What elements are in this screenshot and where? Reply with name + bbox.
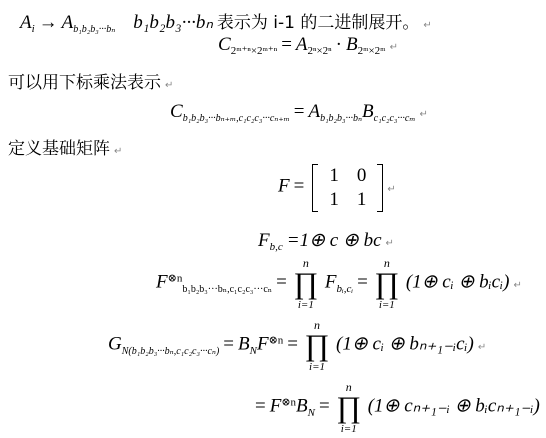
paragraph-text: 定义基础矩阵 xyxy=(8,139,110,159)
equation-F-tensor-B-N: = F⊗nBN = n∏i=1 (1⊕ cₙ₊₁₋ᵢ ⊕ bᵢcₙ₊₁₋ᵢ) xyxy=(255,380,540,436)
matrix-cell: 1 xyxy=(348,188,376,212)
paragraph-mark: ↵ xyxy=(165,80,173,91)
symbol-F: F xyxy=(325,272,337,293)
equals: = xyxy=(319,396,330,417)
subscript: b₁b₂b₃···bₙ,c₁c₂c₃···cₙ xyxy=(182,284,272,295)
equals: = xyxy=(287,334,298,355)
text-subscript-multiplication: 可以用下标乘法表示↵ xyxy=(8,68,173,93)
matrix-cell: 1 xyxy=(320,164,348,188)
xor-expression: =1⊕ c ⊕ bc xyxy=(287,230,382,251)
paragraph-mark: ↵ xyxy=(423,20,431,31)
subscript: b₁b₂b₃···bₙ₊ₘ,c₁c₂c₃···cₙ₊ₘ xyxy=(183,113,290,124)
description-text: 表示为 i-1 的二进制展开。 xyxy=(217,13,419,33)
product-operator: n∏i=1 xyxy=(334,380,364,436)
paragraph-text: 可以用下标乘法表示 xyxy=(8,73,161,93)
product-symbol: ∏ xyxy=(302,332,332,360)
equals: = xyxy=(294,176,305,197)
symbol-A: A xyxy=(20,12,32,33)
paragraph-mark: ↵ xyxy=(419,109,427,120)
symbol-C: C xyxy=(218,34,231,55)
product-symbol: ∏ xyxy=(291,270,321,298)
subscript: N xyxy=(250,345,257,357)
arrow: → xyxy=(39,12,58,33)
subscript: b₁b₂b₃···bₙ xyxy=(73,24,115,35)
paragraph-mark: ↵ xyxy=(387,184,395,195)
symbol-F: F xyxy=(258,230,270,251)
matrix-cell: 1 xyxy=(320,188,348,212)
product-operator: n∏i=1 xyxy=(302,318,332,374)
product-symbol: ∏ xyxy=(334,394,364,422)
paragraph-mark: ↵ xyxy=(478,342,486,353)
paragraph-mark: ↵ xyxy=(513,280,521,291)
lower-limit: i=1 xyxy=(291,298,321,312)
lower-limit: i=1 xyxy=(302,360,332,374)
product-operator: n∏i=1 xyxy=(372,256,402,312)
equals: = xyxy=(223,334,234,355)
subscript: N(b₁b₂b₃···bₙ,c₁c₂c₃···cₙ) xyxy=(122,346,220,357)
xor-expression: (1⊕ cᵢ ⊕ bₙ₊₁₋ᵢcᵢ) xyxy=(336,334,474,355)
equation-matrix-F: F = 10 11 ↵ xyxy=(278,164,396,212)
symbol-B: B xyxy=(296,396,308,417)
subscript: N xyxy=(308,407,315,419)
symbol-F: F xyxy=(257,334,269,355)
symbol-B: B xyxy=(346,34,358,55)
subscript: b₁b₂b₃···bₙ xyxy=(320,113,362,124)
matrix-2x2: 10 11 xyxy=(312,164,383,212)
symbol-B: B xyxy=(362,101,374,122)
subscript: b,c xyxy=(270,241,283,253)
xor-expression: (1⊕ cₙ₊₁₋ᵢ ⊕ bᵢcₙ₊₁₋ᵢ) xyxy=(368,396,540,417)
equation-matrix-product: C2ᵐ⁺ⁿ×2ᵐ⁺ⁿ = A2ⁿ×2ⁿ · B2ᵐ×2ᵐ↵ xyxy=(218,34,398,56)
paragraph-mark: ↵ xyxy=(386,238,394,249)
symbol-C: C xyxy=(170,101,183,122)
lower-limit: i=1 xyxy=(372,298,402,312)
dot-operator: · xyxy=(336,34,342,55)
bit-sequence: b₁b₂b₃···bₙ xyxy=(133,12,213,33)
subscript: i xyxy=(32,23,35,35)
equation-subscript-product: Cb₁b₂b₃···bₙ₊ₘ,c₁c₂c₃···cₙ₊ₘ = Ab₁b₂b₃··… xyxy=(170,101,428,123)
superscript: ⊗n xyxy=(269,334,284,346)
symbol-F: F xyxy=(156,272,168,293)
matrix-cell: 0 xyxy=(348,164,376,188)
paragraph-mark: ↵ xyxy=(390,42,398,53)
symbol-A: A xyxy=(62,12,74,33)
lower-limit: i=1 xyxy=(334,422,364,436)
symbol-A: A xyxy=(308,101,320,122)
symbol-G: G xyxy=(108,334,122,355)
equals: = xyxy=(357,272,368,293)
equals: = xyxy=(294,101,305,122)
symbol-F: F xyxy=(270,396,282,417)
paragraph-mark: ↵ xyxy=(114,146,122,157)
xor-expression: (1⊕ cᵢ ⊕ bᵢcᵢ) xyxy=(406,272,510,293)
subscript: bᵢ,cᵢ xyxy=(336,283,353,295)
symbol-B: B xyxy=(238,334,250,355)
equals: = xyxy=(281,34,292,55)
subscript: 2ⁿ×2ⁿ xyxy=(308,45,332,57)
subscript: 2ᵐ×2ᵐ xyxy=(358,45,386,57)
text-define-base-matrix: 定义基础矩阵↵ xyxy=(8,134,122,159)
equation-G-N: GN(b₁b₂b₃···bₙ,c₁c₂c₃···cₙ) = BNF⊗n = n∏… xyxy=(108,318,486,374)
subscript: c₁c₂c₃···cₘ xyxy=(374,113,416,124)
equation-F-bc: Fb,c =1⊕ c ⊕ bc↵ xyxy=(258,229,394,252)
equation-F-tensor-n: F⊗nb₁b₂b₃···bₙ,c₁c₂c₃···cₙ = n∏i=1 Fbᵢ,c… xyxy=(156,256,522,312)
product-symbol: ∏ xyxy=(372,270,402,298)
symbol-A: A xyxy=(296,34,308,55)
product-operator: n∏i=1 xyxy=(291,256,321,312)
superscript: ⊗n xyxy=(281,396,296,408)
equals: = xyxy=(276,272,287,293)
equation-binary-expansion: Ai → Ab₁b₂b₃···bₙ b₁b₂b₃···bₙ 表示为 i-1 的二… xyxy=(20,8,432,34)
equals: = xyxy=(255,396,266,417)
subscript: 2ᵐ⁺ⁿ×2ᵐ⁺ⁿ xyxy=(231,45,278,57)
superscript: ⊗n xyxy=(168,272,183,284)
symbol-F: F xyxy=(278,176,290,197)
